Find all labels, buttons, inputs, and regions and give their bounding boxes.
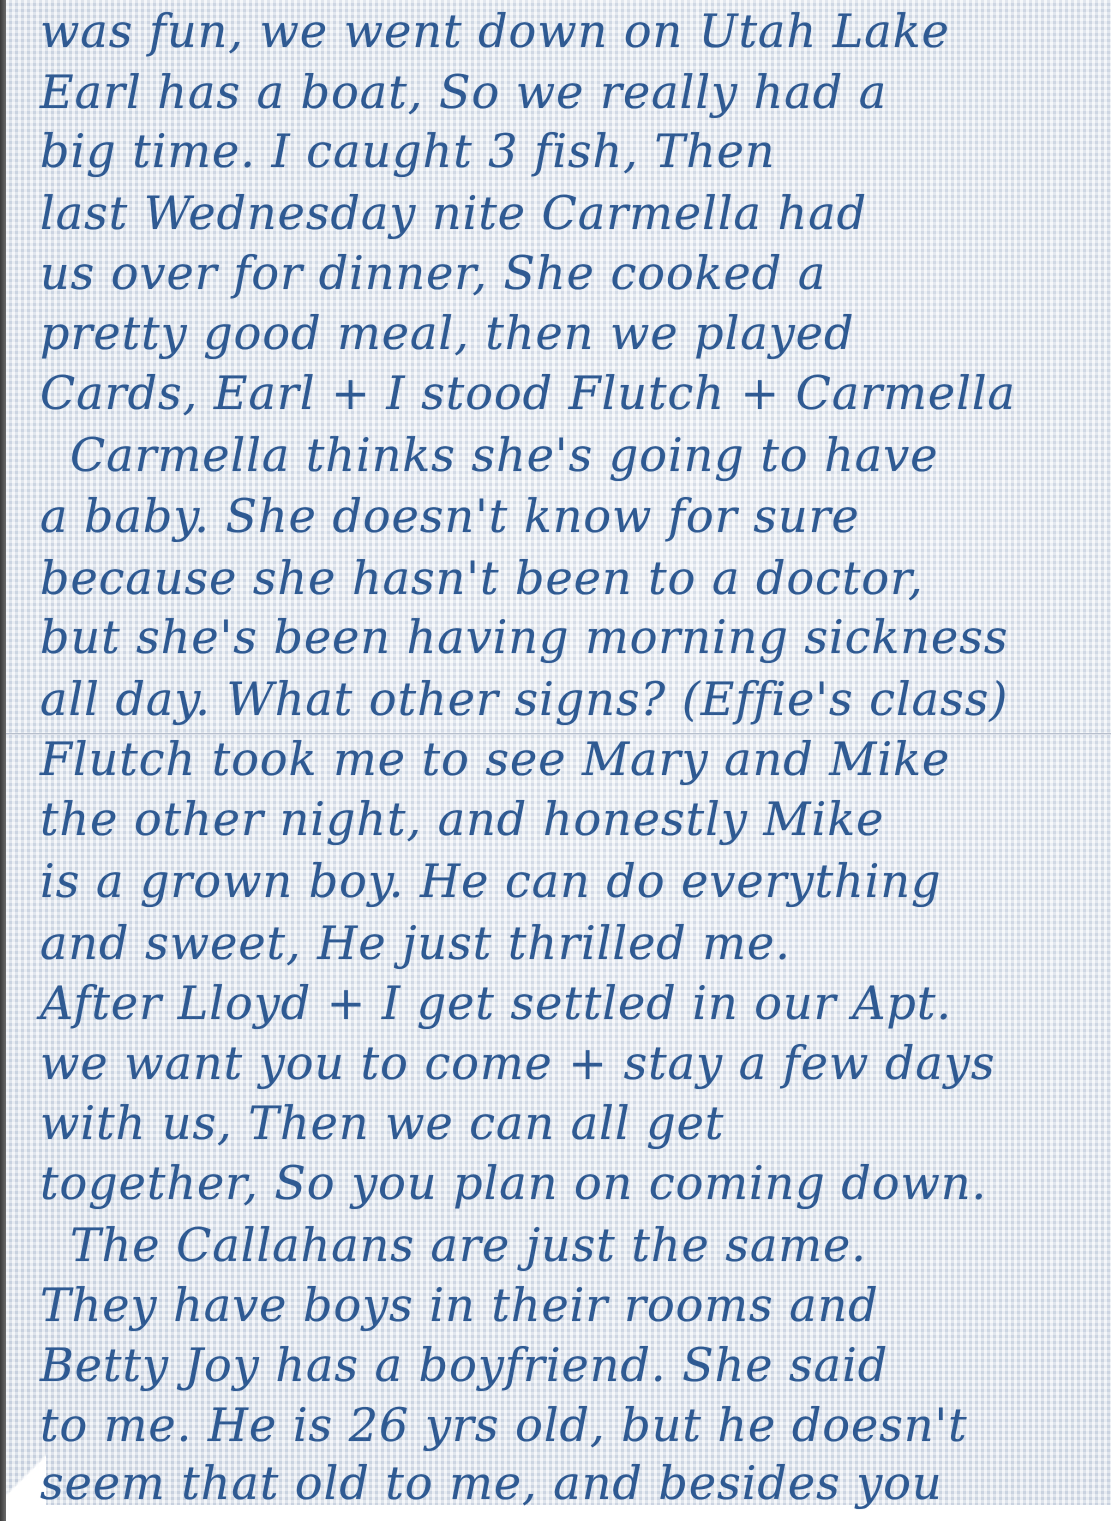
letter-line: is a grown boy. He can do everything bbox=[40, 858, 941, 904]
letter-line: big time. I caught 3 fish, Then bbox=[40, 128, 776, 174]
letter-line: Cards, Earl + I stood Flutch + Carmella bbox=[40, 370, 1016, 416]
letter-line: because she hasn't been to a doctor, bbox=[40, 555, 924, 601]
letter-line: After Lloyd + I get settled in our Apt. bbox=[40, 980, 952, 1026]
letter-line: a baby. She doesn't know for sure bbox=[40, 493, 860, 539]
letter-line: The Callahans are just the same. bbox=[40, 1222, 867, 1268]
letter-line: Flutch took me to see Mary and Mike bbox=[40, 736, 950, 782]
scanned-letter-page: was fun, we went down on Utah Lake Earl … bbox=[0, 0, 1111, 1521]
letter-line: pretty good meal, then we played bbox=[40, 310, 854, 356]
letter-line: but she's been having morning sickness bbox=[40, 614, 1008, 660]
letter-line: last Wednesday nite Carmella had bbox=[40, 190, 867, 236]
letter-line: was fun, we went down on Utah Lake bbox=[40, 8, 950, 54]
letter-line: Betty Joy has a boyfriend. She said bbox=[40, 1342, 888, 1388]
letter-line: to me. He is 26 yrs old, but he doesn't bbox=[40, 1402, 968, 1448]
letter-line: all day. What other signs? (Effie's clas… bbox=[40, 676, 1008, 722]
letter-line: and sweet, He just thrilled me. bbox=[40, 920, 791, 966]
letter-line: with us, Then we can all get bbox=[40, 1100, 724, 1146]
letter-line: us over for dinner, She cooked a bbox=[40, 250, 826, 296]
letter-line: the other night, and honestly Mike bbox=[40, 796, 884, 842]
letter-line: Carmella thinks she's going to have bbox=[40, 432, 938, 478]
letter-line: we want you to come + stay a few days bbox=[40, 1040, 995, 1086]
letter-line: together, So you plan on coming down. bbox=[40, 1160, 987, 1206]
letter-line: Earl has a boat, So we really had a bbox=[40, 69, 887, 115]
letter-line: They have boys in their rooms and bbox=[40, 1282, 879, 1328]
letter-line: seem that old to me, and besides you bbox=[40, 1460, 943, 1506]
